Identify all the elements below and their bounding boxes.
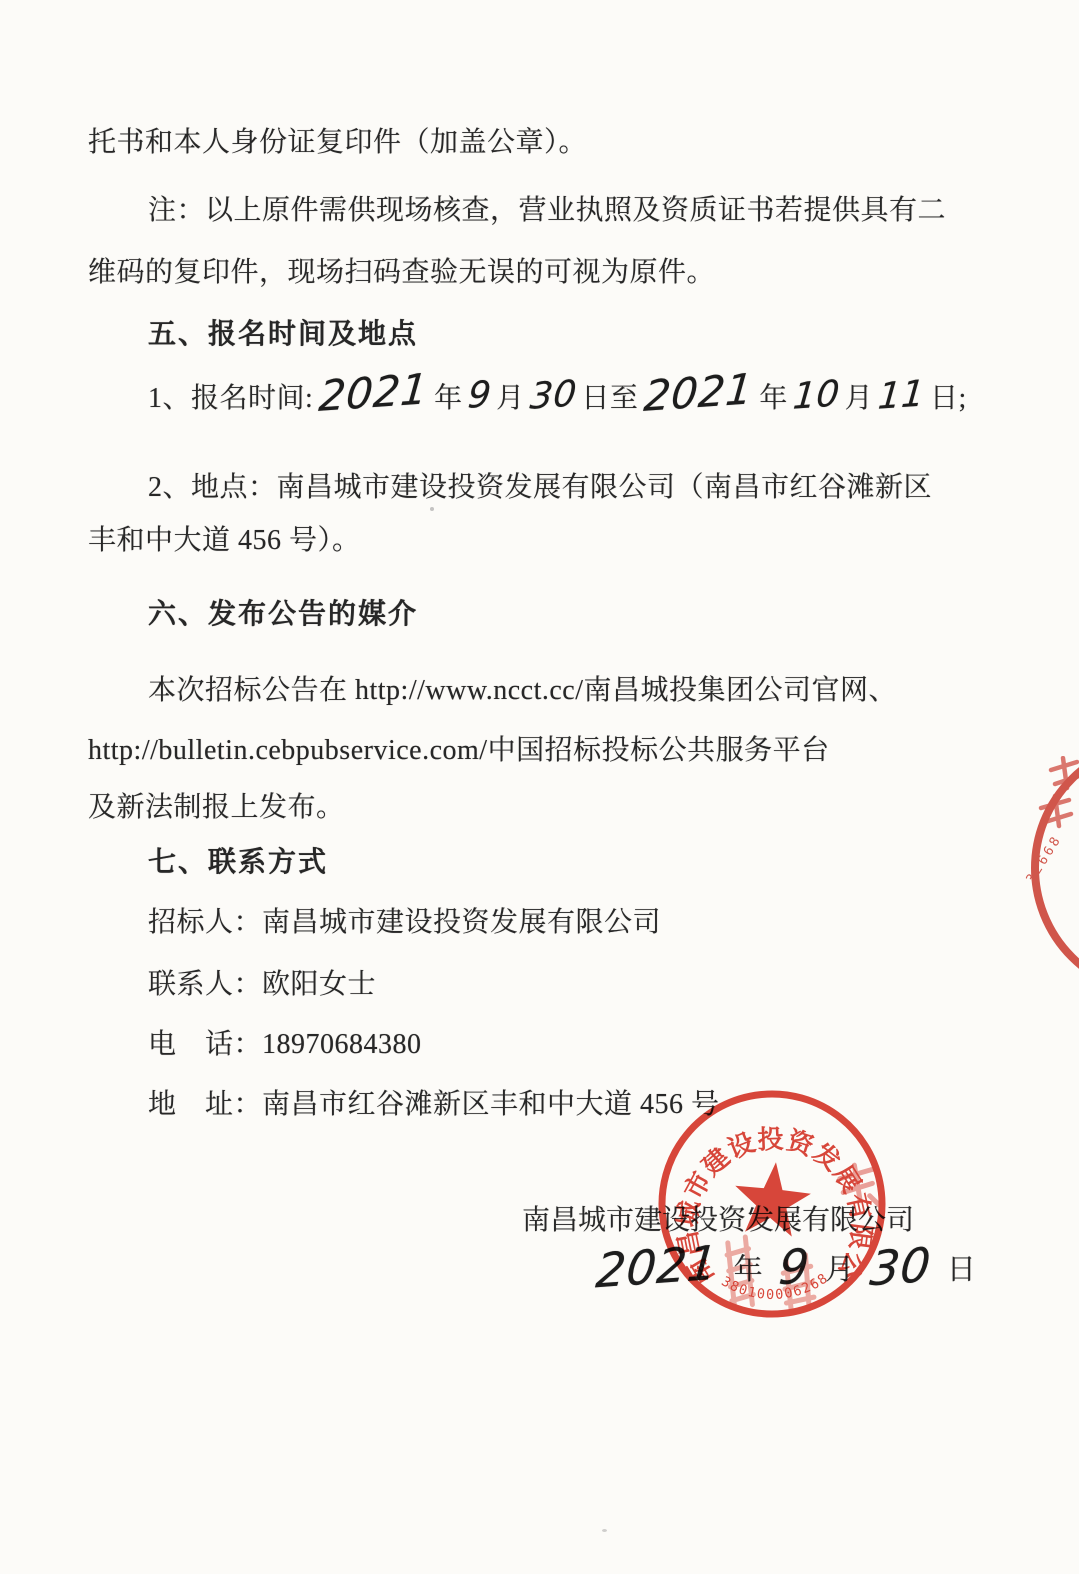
handwritten-day-1: 30 (528, 376, 578, 416)
edge-partial-seal: 32668 (1021, 756, 1079, 986)
sig-day-label: 日 (947, 1247, 976, 1288)
official-seal: 南昌城市建设投资发展有限公司 380100006268 (645, 1066, 905, 1340)
edge-seal-digits: 32668 (1024, 832, 1065, 886)
section-heading-7: 七、联系方式 (148, 840, 328, 880)
paragraph-attachment-tail: 托书和本人身份证复印件（加盖公章）。 (88, 120, 587, 160)
scan-speck (602, 1529, 607, 1532)
contact-person-line: 联系人：欧阳女士 (148, 962, 376, 1002)
month-label-2: 月 (845, 376, 874, 416)
scanned-document-page: 托书和本人身份证复印件（加盖公章）。 注：以上原件需供现场核查，营业执照及资质证… (0, 0, 1079, 1574)
section-heading-5: 五、报名时间及地点 (148, 312, 418, 352)
media-line-2: http://bulletin.cebpubservice.com/中国招标投标… (88, 728, 830, 768)
location-line-1: 2、地点：南昌城市建设投资发展有限公司（南昌市红谷滩新区 (148, 465, 932, 505)
year-label-2: 年 (759, 376, 788, 416)
star-icon (731, 1158, 814, 1238)
month-label-1: 月 (496, 376, 525, 416)
handwritten-year-2: 2021 (643, 368, 755, 418)
scan-speck (430, 507, 434, 511)
to-label: 日至 (581, 376, 638, 416)
media-line-3: 及新法制报上发布。 (88, 785, 345, 825)
day-end-label: 日; (930, 376, 967, 416)
contact-address-line: 地 址：南昌市红谷滩新区丰和中大道 456 号 (148, 1082, 720, 1122)
contact-phone-line: 电 话：18970684380 (148, 1022, 422, 1062)
registration-time-line: 1、报名时间: 2021 年 9 月 30 日至 2021 年 10 月 11 … (148, 372, 967, 416)
handwritten-year-1: 2021 (318, 368, 430, 418)
note-line-1: 注：以上原件需供现场核查，营业执照及资质证书若提供具有二 (148, 188, 946, 228)
handwritten-month-2: 10 (791, 376, 841, 416)
section-heading-6: 六、发布公告的媒介 (148, 592, 418, 632)
handwritten-day-2: 11 (877, 376, 927, 416)
year-label-1: 年 (434, 376, 463, 416)
location-line-2: 丰和中大道 456 号）。 (88, 518, 361, 558)
handwritten-month-1: 9 (466, 377, 493, 415)
media-line-1: 本次招标公告在 http://www.ncct.cc/南昌城投集团公司官网、 (148, 668, 897, 708)
note-line-2: 维码的复印件，现场扫码查验无误的可视为原件。 (88, 250, 715, 290)
contact-bidder-line: 招标人：南昌城市建设投资发展有限公司 (148, 900, 661, 940)
registration-time-prefix: 1、报名时间: (148, 376, 313, 416)
